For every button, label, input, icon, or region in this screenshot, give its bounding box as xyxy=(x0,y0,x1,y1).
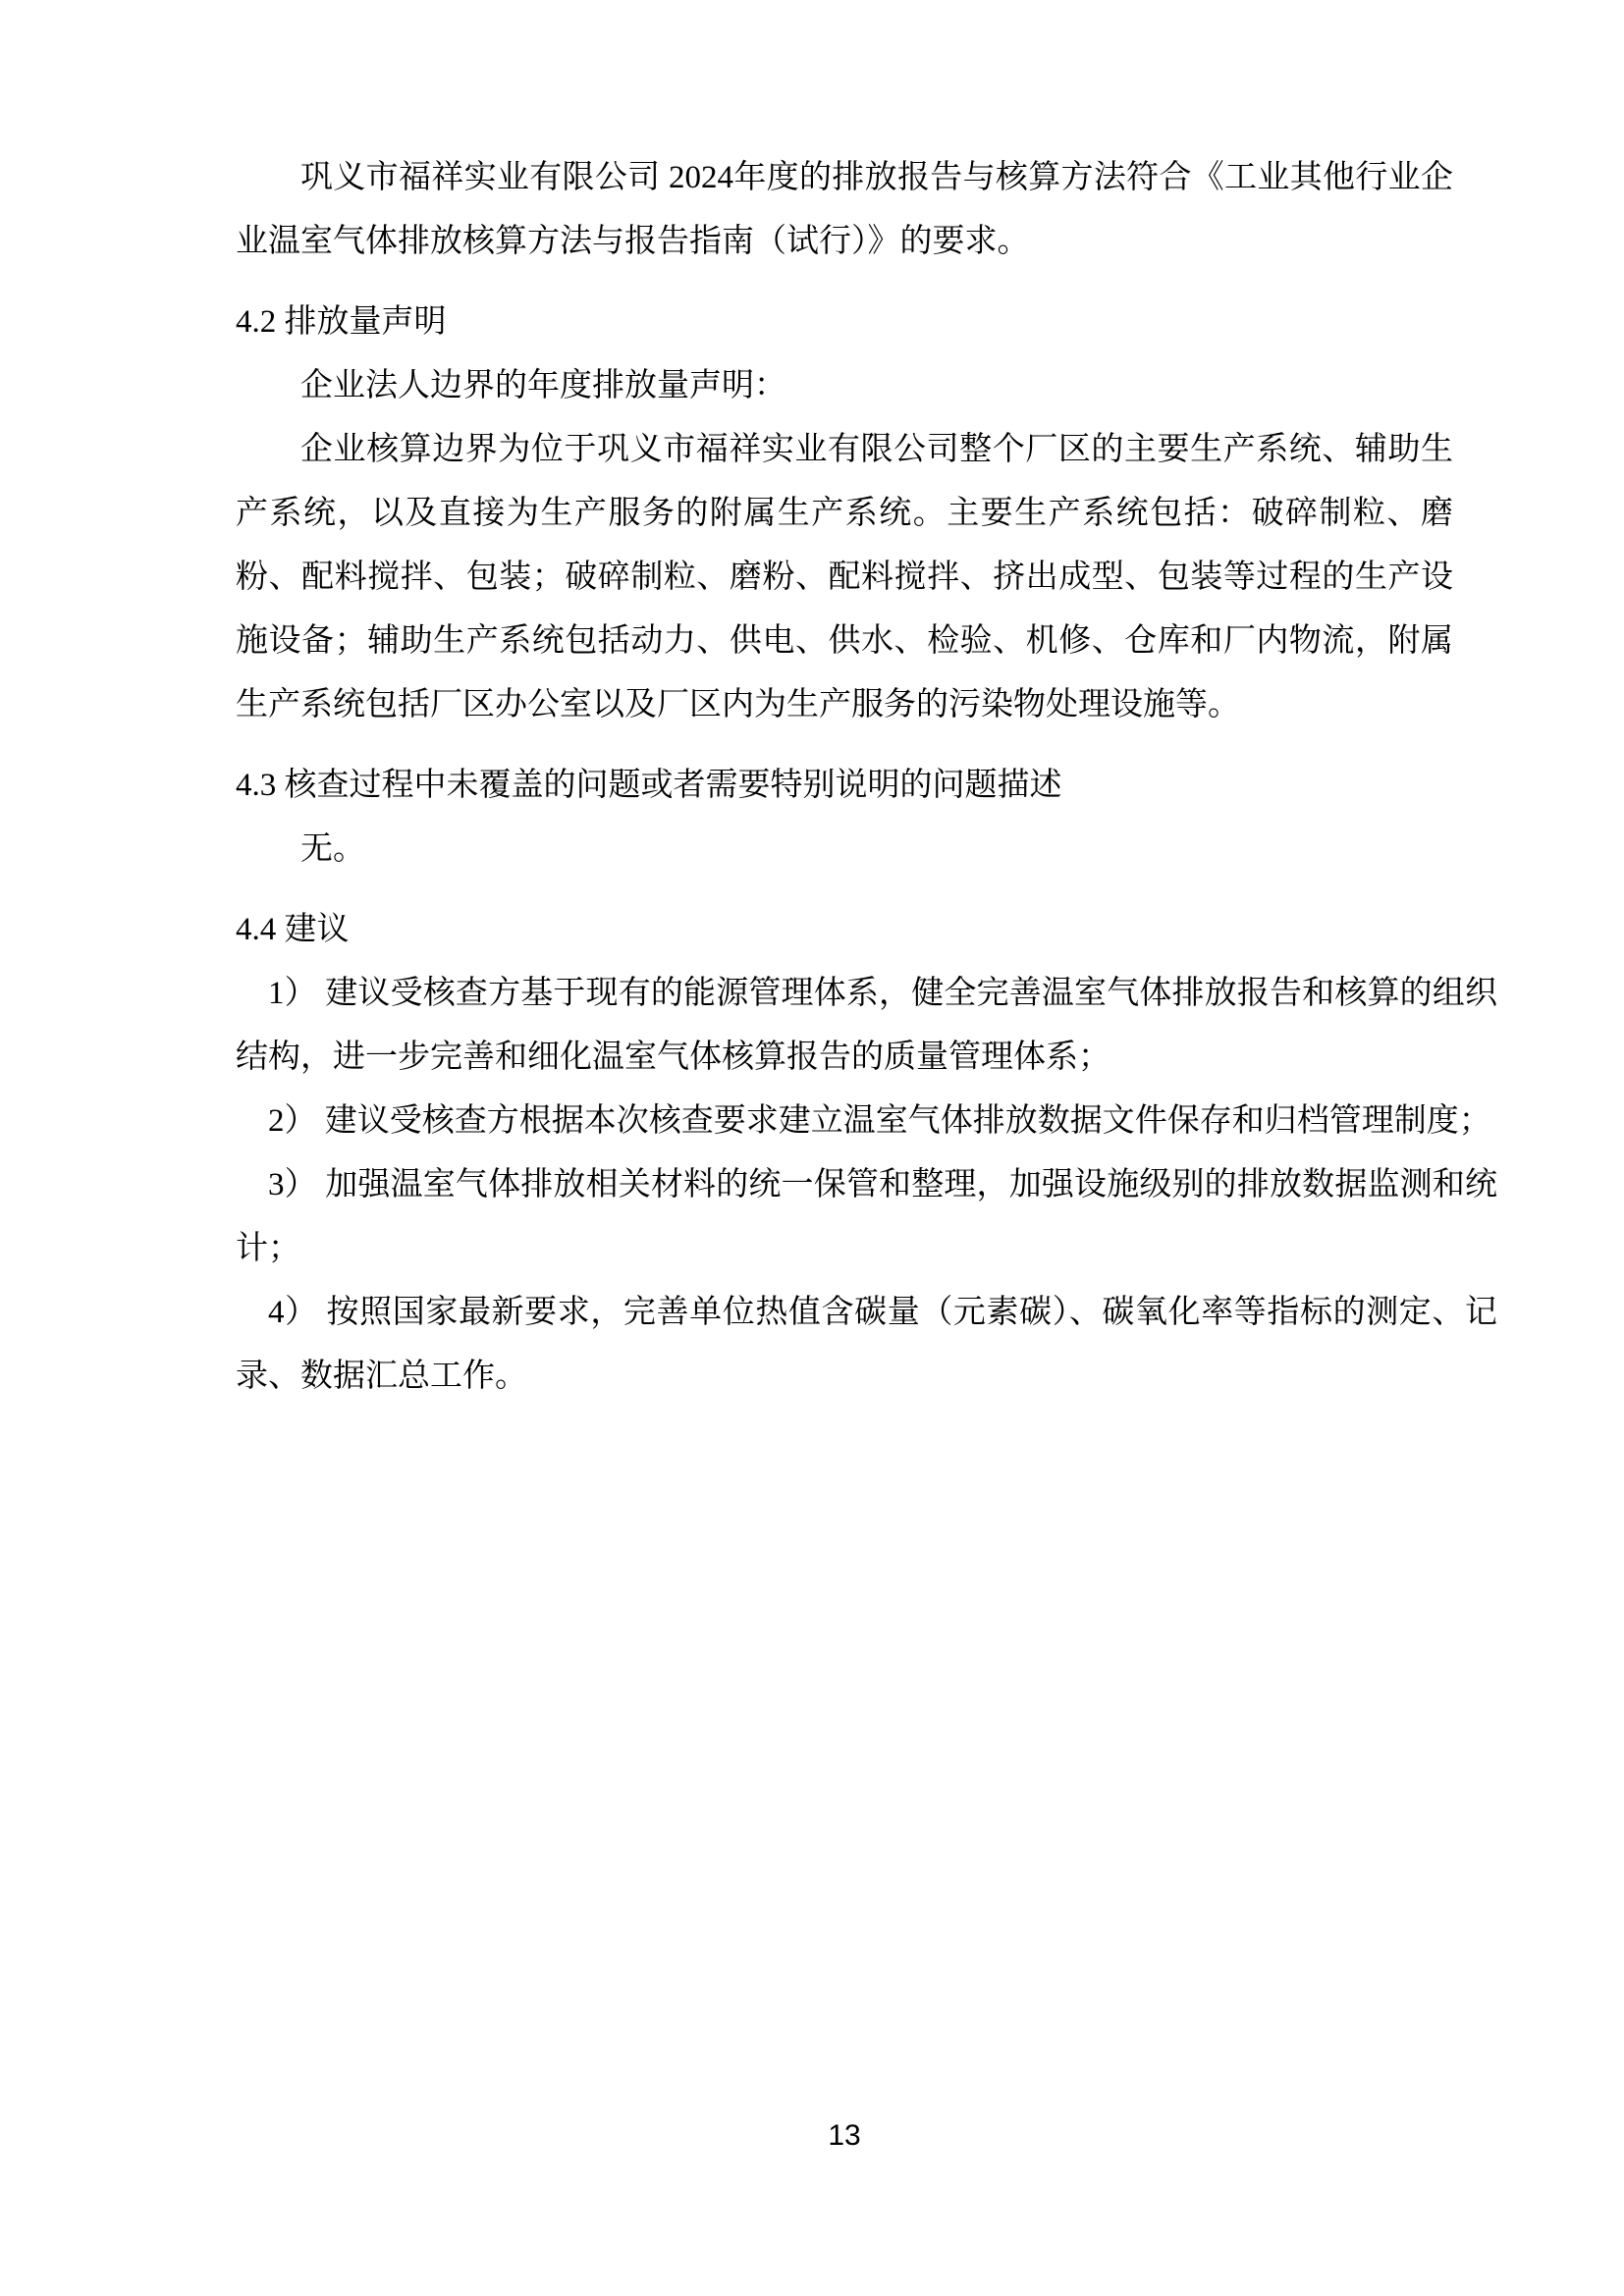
section-4-3: 4.3 核查过程中未覆盖的问题或者需要特别说明的问题描述 无。 xyxy=(236,754,1453,881)
recommendation-item-3: 3） 加强温室气体排放相关材料的统一保管和整理，加强设施级别的排放数据监测和统计… xyxy=(236,1153,1497,1281)
section-4-4: 4.4 建议 1） 建议受核查方基于现有的能源管理体系，健全完善温室气体排放报告… xyxy=(236,898,1453,1409)
section-4-3-paragraph-1: 无。 xyxy=(236,818,1453,881)
document-content: 巩义市福祥实业有限公司 2024年度的排放报告与核算方法符合《工业其他行业企业温… xyxy=(236,146,1453,1409)
section-4-2-heading: 4.2 排放量声明 xyxy=(236,291,1453,354)
section-4-2-paragraph-1: 企业法人边界的年度排放量声明： xyxy=(236,354,1453,418)
intro-paragraph: 巩义市福祥实业有限公司 2024年度的排放报告与核算方法符合《工业其他行业企业温… xyxy=(236,146,1453,274)
section-4-4-heading: 4.4 建议 xyxy=(236,898,1453,962)
document-page: 巩义市福祥实业有限公司 2024年度的排放报告与核算方法符合《工业其他行业企业温… xyxy=(0,0,1624,2296)
recommendation-item-2: 2） 建议受核查方根据本次核查要求建立温室气体排放数据文件保存和归档管理制度； xyxy=(236,1090,1497,1153)
section-4-2-paragraph-2: 企业核算边界为位于巩义市福祥实业有限公司整个厂区的主要生产系统、辅助生产系统，以… xyxy=(236,418,1453,737)
recommendation-item-1: 1） 建议受核查方基于现有的能源管理体系，健全完善温室气体排放报告和核算的组织结… xyxy=(236,962,1497,1090)
recommendation-item-4: 4） 按照国家最新要求，完善单位热值含碳量（元素碳）、碳氧化率等指标的测定、记录… xyxy=(236,1281,1497,1409)
page-footer: 13 xyxy=(236,2118,1453,2154)
section-4-3-heading: 4.3 核查过程中未覆盖的问题或者需要特别说明的问题描述 xyxy=(236,754,1453,818)
page-number: 13 xyxy=(828,2119,860,2152)
section-4-2: 4.2 排放量声明 企业法人边界的年度排放量声明： 企业核算边界为位于巩义市福祥… xyxy=(236,291,1453,737)
